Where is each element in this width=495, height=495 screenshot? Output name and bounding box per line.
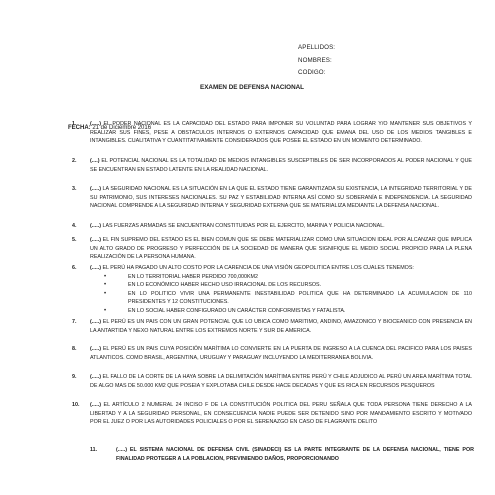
list-item: EN LO SOCIAL HABER CONFIGURADO UN CARÁCT… [104,307,472,316]
codigo-label: CODIGO: [298,69,326,76]
question-1: 1.(.....) EL PODER NACIONAL ES LA CAPACI… [90,120,472,146]
answer-blank: (.....) [90,237,101,243]
apellidos-label: APELLIDOS: [298,44,335,51]
answer-blank: (.....) [90,346,101,352]
answer-blank: (.....) [116,447,127,453]
question-9: 9.(.....) EL FALLO DE LA CORTE DE LA HAY… [90,373,472,390]
list-item: EN LO TERRITORIAL HABER PERDIDO 700,000K… [104,273,472,282]
answer-blank: (.....) [90,186,101,192]
bullet-list: EN LO TERRITORIAL HABER PERDIDO 700,000K… [90,273,472,316]
question-3: 3.(.....) LA SEGURIDAD NACIONAL ES LA SI… [90,185,472,211]
answer-blank: (.....) [90,402,101,408]
page-title: EXAMEN DE DEFENSA NACIONAL [200,84,304,91]
answer-blank: (.....) [90,319,101,325]
list-item: EN LO ECONÓMICO HABER HECHO USO IRRACION… [104,281,472,290]
question-2: 2.(....) EL POTENCIAL NACIONAL ES LA TOT… [90,157,472,174]
question-11: 11.(.....) EL SISTEMA NACIONAL DE DEFENS… [116,446,474,463]
question-4: 4.(.....) LAS FUERZAS ARMADAS SE ENCUENT… [90,222,472,231]
answer-blank: (.....) [90,121,101,127]
exam-page: APELLIDOS: NOMBRES: CODIGO: EXAMEN DE DE… [0,0,495,495]
question-5: 5.(.....) EL FIN SUPREMO DEL ESTADO ES E… [90,236,472,262]
question-10: 10.(.....) EL ARTÍCULO 2 NUMERAL 24 INCI… [90,401,472,427]
list-item: EN LO POLITICO VIVIR UNA PERMANENTE INES… [104,290,472,307]
question-6: 6.(.....) EL PERÚ HA PAGADO UN ALTO COST… [90,264,472,316]
answer-blank: (.....) [90,265,101,271]
answer-blank: (.....) [90,223,101,229]
question-7: 7.(.....) EL PERÚ ES UN PAIS CON UN GRAN… [90,318,472,335]
answer-blank: (....) [90,158,100,164]
answer-blank: (.....) [90,374,101,380]
nombres-label: NOMBRES: [298,57,332,64]
question-8: 8.(.....) EL PERÚ ES UN PAIS CUYA POSICI… [90,345,472,362]
